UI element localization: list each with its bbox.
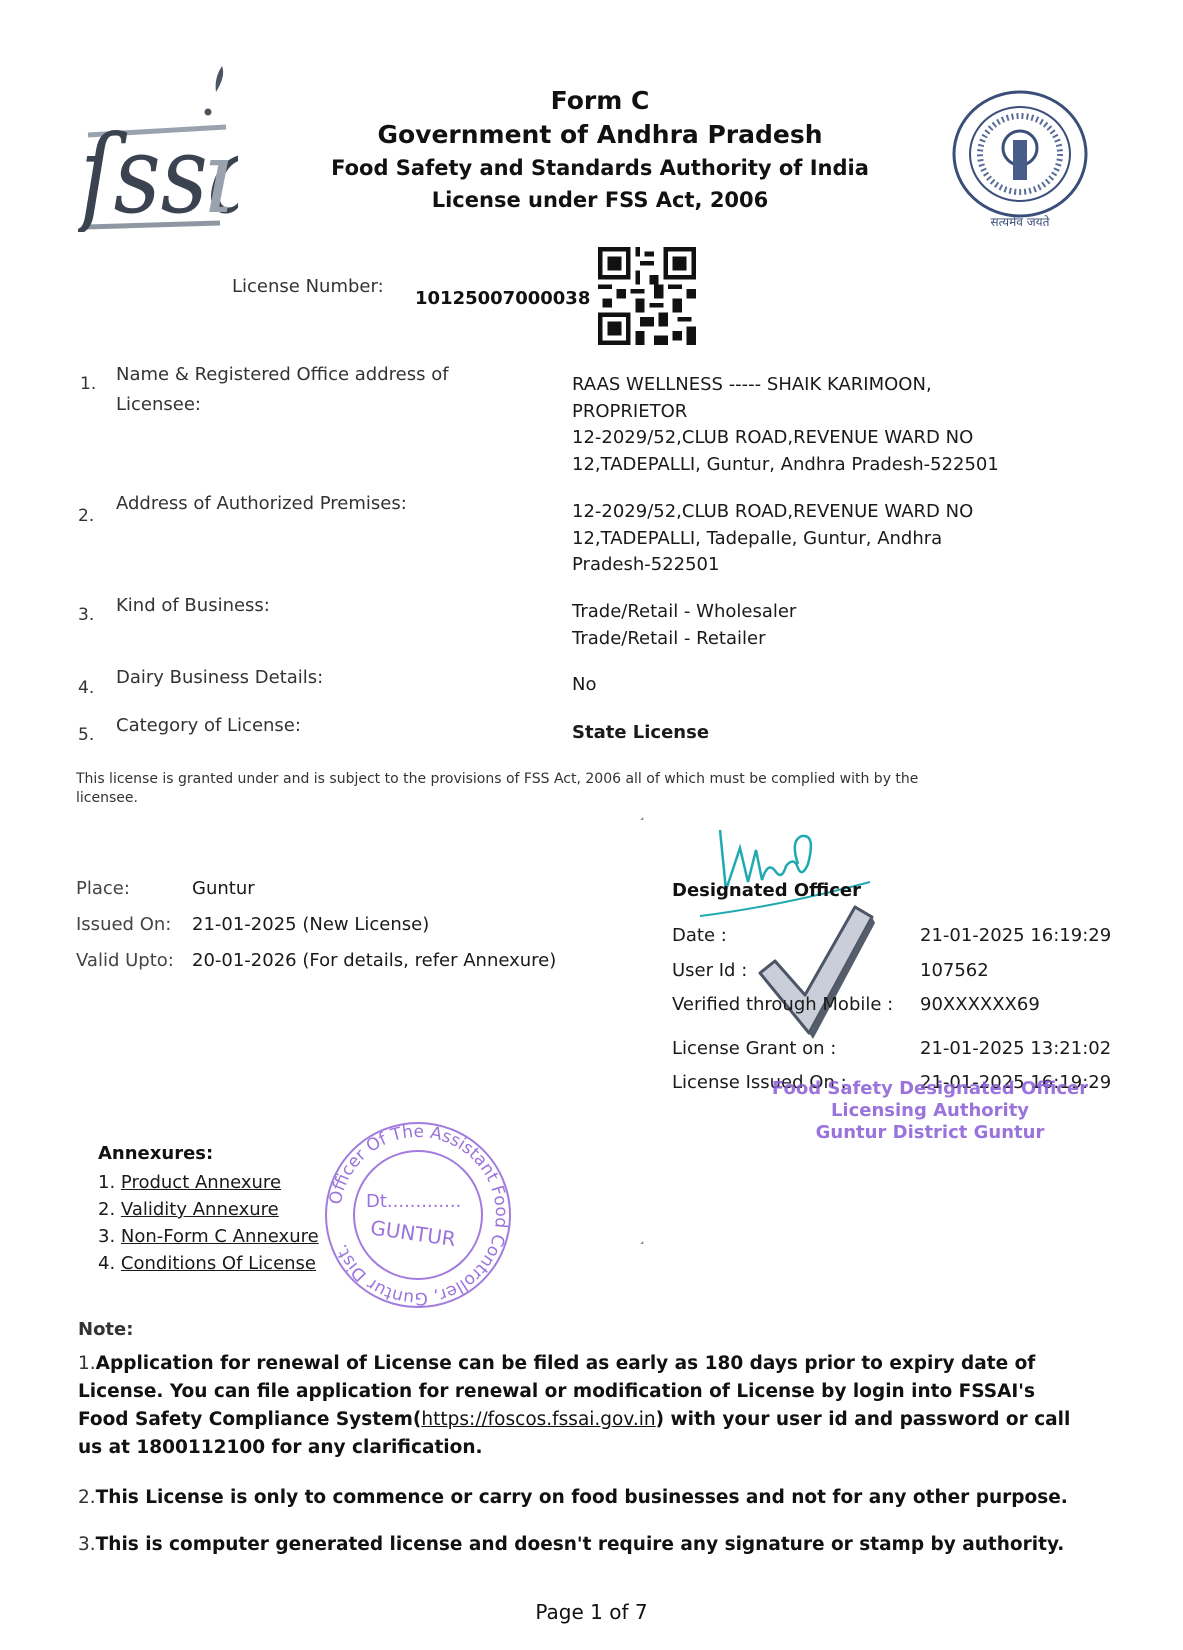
item-number: 1. [80,374,96,394]
premises-address-line: 12,TADEPALLI, Tadepalle, Guntur, Andhra [572,526,1042,553]
item-label-premises: Address of Authorized Premises: [116,489,496,519]
business-kind: Trade/Retail - Retailer [572,626,1042,653]
page-indicator: Page 1 of 7 [0,1600,1183,1624]
item-value-licensee: RAAS WELLNESS ----- SHAIK KARIMOON, PROP… [572,372,1042,478]
authority-name: Food Safety and Standards Authority of I… [300,152,900,184]
validity-annexure-link[interactable]: Validity Annexure [121,1199,279,1220]
annexure-non-form-c: 3. Non-Form C Annexure [98,1226,319,1247]
item-number: 3. [78,605,94,625]
item-value-dairy: No [572,672,1042,699]
issued-label: Issued On: [76,914,192,935]
officer-date-value: 21-01-2025 16:19:29 [920,925,1111,946]
svg-text:ı: ı [202,119,234,232]
license-number: 10125007000038 [415,288,590,309]
svg-text:GUNTUR: GUNTUR [369,1215,457,1251]
license-grant-label: License Grant on : [672,1038,836,1059]
premises-address-line: 12-2029/52,CLUB ROAD,REVENUE WARD NO [572,499,1042,526]
note-number: 3. [78,1534,96,1555]
scan-mark: ˼ [640,1230,644,1244]
stamp-line: Guntur District Guntur [770,1122,1090,1144]
annexures-title: Annexures: [98,1143,213,1164]
officer-userid-value: 107562 [920,960,989,981]
stamp-line: Licensing Authority [770,1100,1090,1122]
note-text: This License is only to commence or carr… [96,1487,1068,1508]
fssai-logo: ſssa ı [78,62,238,232]
item-number: 2. [78,506,94,526]
premises-address-line: Pradesh-522501 [572,552,1042,579]
licensee-name: RAAS WELLNESS ----- SHAIK KARIMOON, [572,372,1042,399]
item-value-category: State License [572,720,1042,747]
item-number: 4. [78,678,94,698]
place-label: Place: [76,878,192,899]
designated-officer-title: Designated Officer [672,880,861,901]
act-title: License under FSS Act, 2006 [300,184,900,216]
andhra-pradesh-emblem: सत्यमेव जयते [945,88,1095,230]
issued-row: Issued On:21-01-2025 (New License) [76,914,429,935]
note-number: 1. [78,1353,96,1374]
qr-code-icon[interactable] [598,247,696,345]
note-number: 2. [78,1487,96,1508]
government-name: Government of Andhra Pradesh [300,118,900,152]
svg-text:Dt.............: Dt............. [366,1191,461,1212]
issued-value: 21-01-2025 (New License) [192,914,429,935]
annexure-conditions: 4. Conditions Of License [98,1253,316,1274]
stamp-line: Food Safety Designated Officer [770,1078,1090,1100]
document-header: Form C Government of Andhra Pradesh Food… [300,84,900,216]
officer-mobile-value: 90XXXXXX69 [920,994,1040,1015]
business-kind: Trade/Retail - Wholesaler [572,599,1042,626]
note-text: This is computer generated license and d… [96,1534,1065,1555]
item-label-business-kind: Kind of Business: [116,591,496,621]
place-value: Guntur [192,878,255,899]
round-office-stamp: Officer Of The Assistant Food Controller… [318,1115,518,1315]
annexure-validity: 2. Validity Annexure [98,1199,279,1220]
licensee-address-line: 12,TADEPALLI, Guntur, Andhra Pradesh-522… [572,452,1042,479]
note-title: Note: [78,1319,133,1340]
svg-text:सत्यमेव जयते: सत्यमेव जयते [991,215,1051,229]
place-row: Place:Guntur [76,878,255,899]
valid-value: 20-01-2026 (For details, refer Annexure) [192,950,556,971]
annexure-number: 4. [98,1253,115,1274]
annexure-product: 1. Product Annexure [98,1172,281,1193]
valid-row: Valid Upto:20-01-2026 (For details, refe… [76,950,556,971]
item-label-dairy: Dairy Business Details: [116,663,496,693]
license-grant-value: 21-01-2025 13:21:02 [920,1038,1111,1059]
licensee-role: PROPRIETOR [572,399,1042,426]
item-value-premises: 12-2029/52,CLUB ROAD,REVENUE WARD NO 12,… [572,499,1042,579]
officer-userid-label: User Id : [672,960,747,981]
officer-stamp: Food Safety Designated Officer Licensing… [770,1078,1090,1144]
scan-mark: ˼ [640,806,644,820]
annexure-number: 2. [98,1199,115,1220]
licensee-address-line: 12-2029/52,CLUB ROAD,REVENUE WARD NO [572,425,1042,452]
note-2: 2.This License is only to commence or ca… [78,1484,1088,1512]
item-label-category: Category of License: [116,711,496,741]
form-title: Form C [300,84,900,118]
license-number-label: License Number: [232,276,384,297]
item-value-business-kind: Trade/Retail - Wholesaler Trade/Retail -… [572,599,1042,652]
license-disclaimer: This license is granted under and is sub… [76,770,976,808]
non-form-c-annexure-link[interactable]: Non-Form C Annexure [121,1226,319,1247]
officer-date-label: Date : [672,925,727,946]
annexure-number: 3. [98,1226,115,1247]
foscos-link[interactable]: https://foscos.fssai.gov.in [421,1409,655,1430]
product-annexure-link[interactable]: Product Annexure [121,1172,281,1193]
conditions-of-license-link[interactable]: Conditions Of License [121,1253,316,1274]
note-1: 1.Application for renewal of License can… [78,1350,1088,1462]
item-number: 5. [78,725,94,745]
verified-checkmark-icon [755,905,875,1045]
note-3: 3.This is computer generated license and… [78,1531,1088,1559]
officer-mobile-label: Verified through Mobile : [672,994,893,1015]
item-label-licensee: Name & Registered Office address of Lice… [116,360,486,420]
valid-label: Valid Upto: [76,950,192,971]
annexure-number: 1. [98,1172,115,1193]
